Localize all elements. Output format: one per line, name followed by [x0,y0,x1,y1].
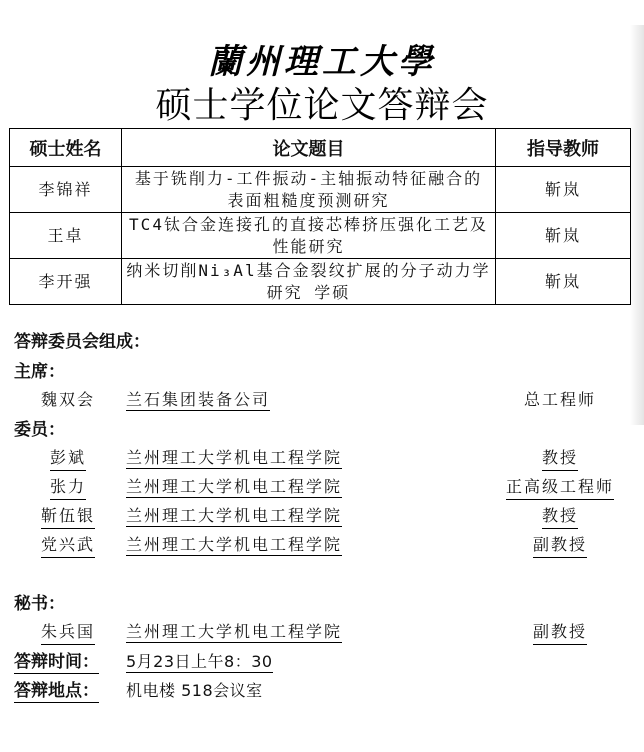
member-position: 正高级工程师 [490,476,630,500]
chair-org: 兰石集团装备公司 [126,389,270,411]
place-label: 答辩地点： [14,679,99,703]
advisor-name: 靳岚 [496,213,631,259]
chair-position: 总工程师 [490,389,630,411]
member-name: 张力 [36,476,100,500]
member-position: 副教授 [490,534,630,558]
member-position: 教授 [490,505,630,529]
student-name: 王卓 [10,213,122,259]
university-logo: 蘭州理工大學 [0,40,644,84]
chair-name: 魏双会 [36,389,100,411]
chair-label: 主席： [14,360,65,384]
member-org: 兰州理工大学机电工程学院 [126,505,342,527]
advisor-name: 靳岚 [496,167,631,213]
member-org: 兰州理工大学机电工程学院 [126,447,342,469]
member-name: 党兴武 [36,534,100,558]
time-value: 5月23日上午8：30 [126,651,273,673]
column-header-student: 硕士姓名 [10,129,122,167]
thesis-title: 纳米切削Ni₃Al基合金裂纹扩展的分子动力学研究 学硕 [122,259,496,305]
member-name: 彭斌 [36,447,100,471]
secretary-position: 副教授 [490,621,630,645]
table-row: 李锦祥 基于铣削力-工件振动-主轴振动特征融合的表面粗糙度预测研究 靳岚 [10,167,631,213]
member-org: 兰州理工大学机电工程学院 [126,534,342,556]
advisor-name: 靳岚 [496,259,631,305]
secretary-org: 兰州理工大学机电工程学院 [126,621,342,643]
table-row: 李开强 纳米切削Ni₃Al基合金裂纹扩展的分子动力学研究 学硕 靳岚 [10,259,631,305]
thesis-title: 基于铣削力-工件振动-主轴振动特征融合的表面粗糙度预测研究 [122,167,496,213]
student-name: 李开强 [10,259,122,305]
member-org: 兰州理工大学机电工程学院 [126,476,342,498]
page-title: 硕士学位论文答辩会 [0,84,644,128]
secretary-label: 秘书： [14,592,65,616]
committee-heading: 答辩委员会组成： [14,330,150,354]
student-name: 李锦祥 [10,167,122,213]
table-row: 王卓 TC4钛合金连接孔的直接芯棒挤压强化工艺及性能研究 靳岚 [10,213,631,259]
thesis-table: 硕士姓名 论文题目 指导教师 李锦祥 基于铣削力-工件振动-主轴振动特征融合的表… [9,128,631,305]
time-label: 答辩时间： [14,650,99,674]
thesis-title: TC4钛合金连接孔的直接芯棒挤压强化工艺及性能研究 [122,213,496,259]
members-label: 委员： [14,418,65,442]
member-position: 教授 [490,447,630,471]
table-header-row: 硕士姓名 论文题目 指导教师 [10,129,631,167]
column-header-advisor: 指导教师 [496,129,631,167]
column-header-title: 论文题目 [122,129,496,167]
member-name: 靳伍银 [36,505,100,529]
place-value: 机电楼 518会议室 [126,680,263,702]
secretary-name: 朱兵国 [36,621,100,645]
